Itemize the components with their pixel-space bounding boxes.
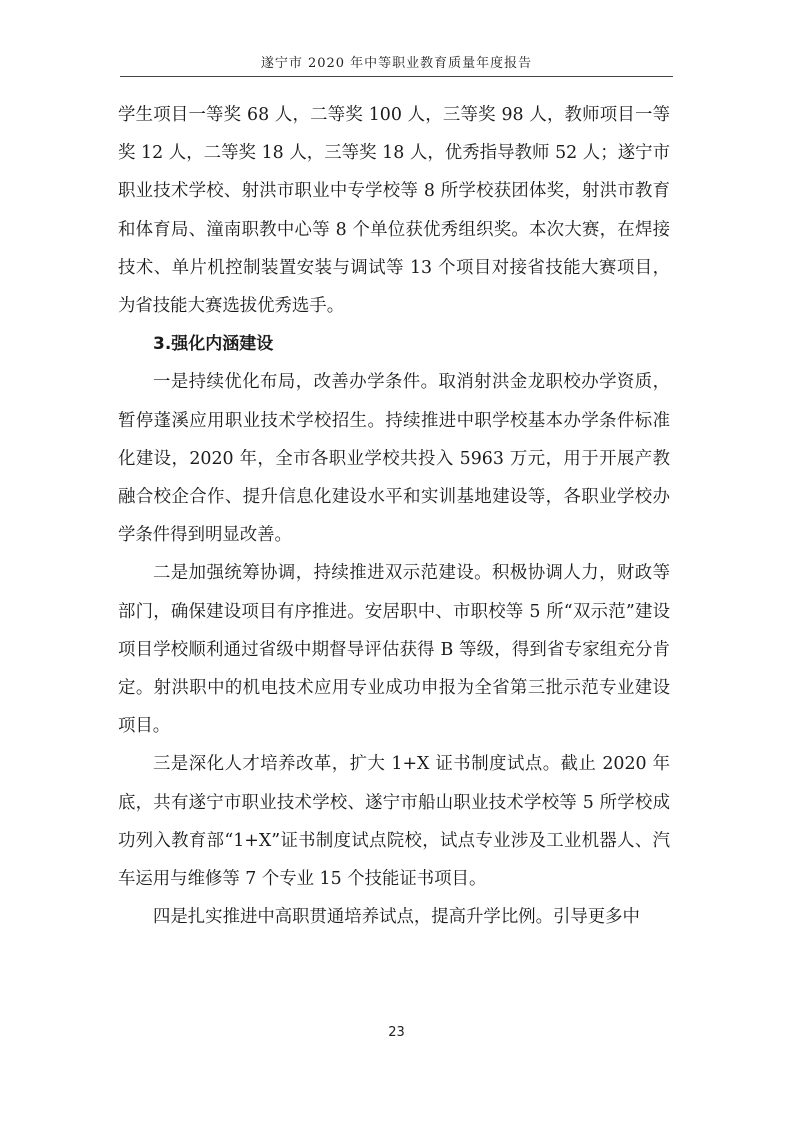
- page-number: 23: [0, 1025, 793, 1040]
- running-header: 遂宁市 2020 年中等职业教育质量年度报告: [120, 52, 673, 71]
- paragraph-vocational-pipeline: 四是扎实推进中高职贯通培养试点，提高升学比例。引导更多中: [118, 898, 670, 936]
- paragraph-optimize-layout: 一是持续优化布局，改善办学条件。取消射洪金龙职校办学资质，暂停蓬溪应用职业技术学…: [118, 363, 670, 554]
- header-divider: [120, 76, 673, 77]
- section-heading: 3.强化内涵建设: [118, 325, 670, 363]
- paragraph-award-results: 学生项目一等奖 68 人，二等奖 100 人，三等奖 98 人，教师项目一等奖 …: [118, 96, 670, 325]
- document-body: 学生项目一等奖 68 人，二等奖 100 人，三等奖 98 人，教师项目一等奖 …: [118, 96, 670, 936]
- paragraph-dual-demonstration: 二是加强统筹协调，持续推进双示范建设。积极协调人力，财政等部门，确保建设项目有序…: [118, 554, 670, 745]
- paragraph-1x-certificate: 三是深化人才培养改革，扩大 1+X 证书制度试点。截止 2020 年底，共有遂宁…: [118, 745, 670, 898]
